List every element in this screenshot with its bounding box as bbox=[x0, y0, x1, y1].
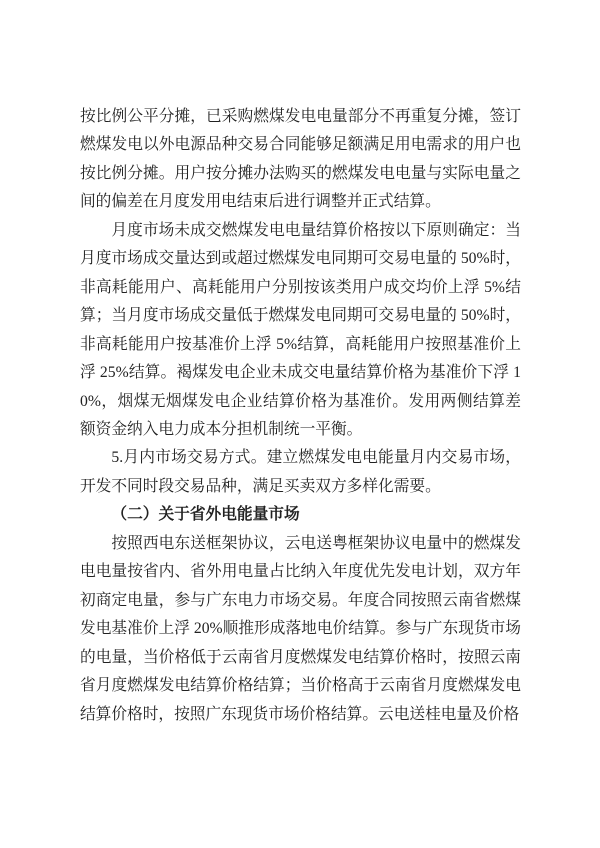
paragraph-continuation: 按比例公平分摊，已采购燃煤发电电量部分不再重复分摊，签订燃煤发电以外电源品种交易… bbox=[80, 103, 521, 217]
paragraph-out-of-province-market: 按照西电东送框架协议，云电送粤框架协议电量中的燃煤发电电量按省内、省外用电量占比… bbox=[80, 530, 521, 729]
paragraph-item-5: 5.月内市场交易方式。建立燃煤发电电能量月内交易市场，开发不同时段交易品种，满足… bbox=[80, 444, 521, 501]
section-heading: （二）关于省外电能量市场 bbox=[80, 501, 521, 529]
document-page: 按比例公平分摊，已采购燃煤发电电量部分不再重复分摊，签订燃煤发电以外电源品种交易… bbox=[0, 0, 600, 848]
paragraph-monthly-settlement: 月度市场未成交燃煤发电电量结算价格按以下原则确定：当月度市场成交量达到或超过燃煤… bbox=[80, 217, 521, 445]
